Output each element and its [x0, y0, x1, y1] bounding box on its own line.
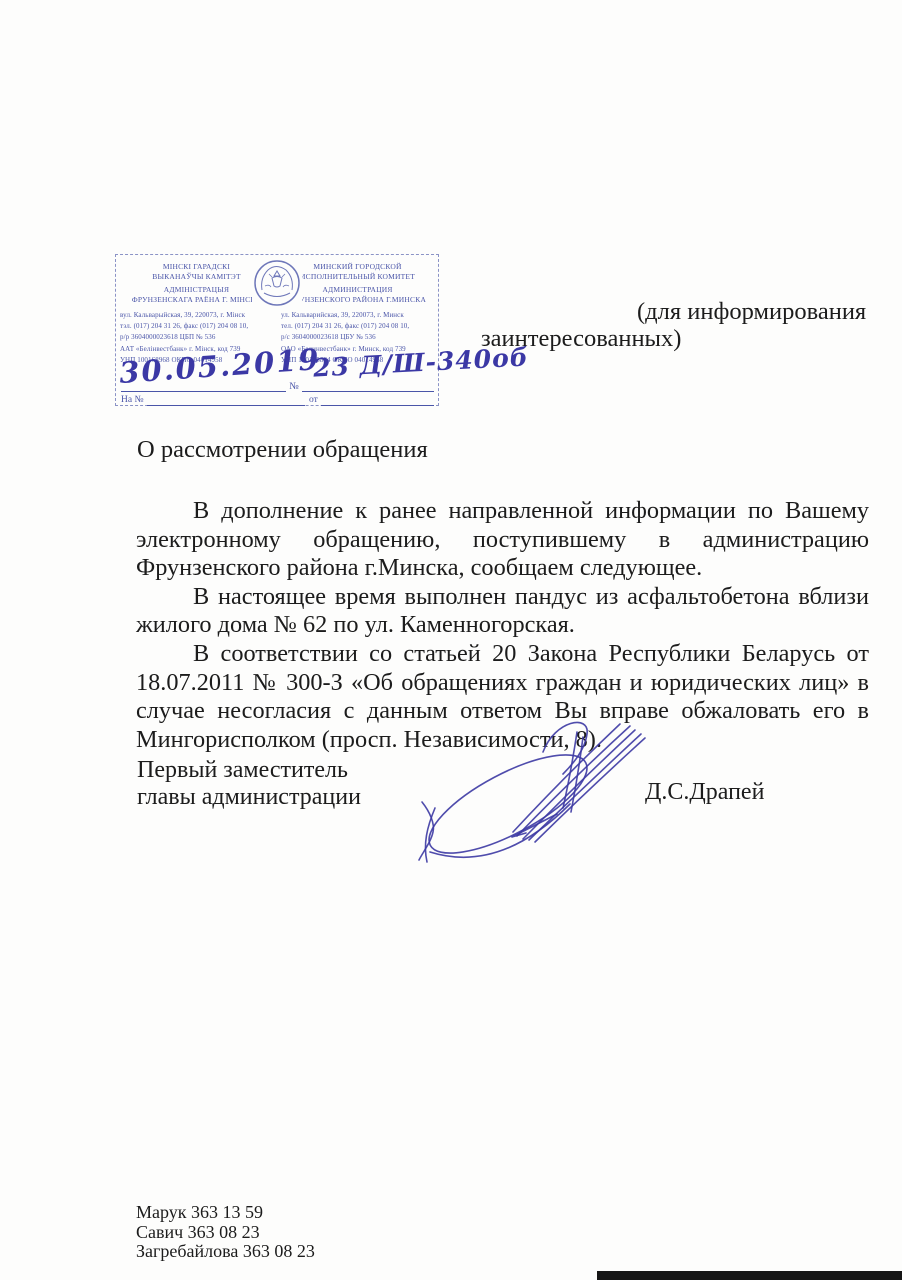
stamp-right-details: ул. Кальварийская, 39, 220073, г. Минск … — [277, 310, 438, 366]
date-line — [121, 381, 286, 392]
letterhead-stamp: МІНСКІ ГАРАДСКІ ВЫКАНАЎЧЫ КАМІТЭТ АДМІНІ… — [115, 254, 439, 406]
reply-reference-line: На № от — [121, 394, 434, 406]
signature-title-line: Первый заместитель — [137, 757, 361, 784]
distribution-note-line: заинтересованных) — [481, 326, 881, 353]
scan-artifact-bar — [597, 1271, 902, 1280]
reply-from-line — [321, 395, 434, 406]
stamp-detail-line: вул. Кальварыйская, 39, 220073, г. Мінск — [116, 310, 277, 321]
reply-ref-line — [147, 395, 305, 406]
stamp-detail-line: ААТ «Белінвестбанк» г. Мінск, код 739 — [116, 344, 277, 355]
stamp-detail-line: ОАО «Белинвестбанк» г. Минск, код 739 — [277, 344, 438, 355]
stamp-detail-line: тел. (017) 204 31 26, факс (017) 204 08 … — [277, 321, 438, 332]
signature-scribble — [405, 712, 670, 872]
stamp-detail-line: р/р 3604000023618 ЦБП № 536 — [116, 332, 277, 343]
reply-ref-label: На № — [121, 395, 144, 406]
executor-contact-line: Марук 363 13 59 — [136, 1203, 315, 1223]
stamp-detail-line: тэл. (017) 204 31 26, факс (017) 204 08 … — [116, 321, 277, 332]
stamp-detail-line: ул. Кальварийская, 39, 220073, г. Минск — [277, 310, 438, 321]
signee-name: Д.С.Драпей — [645, 779, 764, 806]
coat-of-arms-icon — [252, 258, 302, 308]
signature-title-line: главы администрации — [137, 784, 361, 811]
number-label: № — [289, 381, 299, 392]
number-line — [302, 381, 434, 392]
signature-title: Первый заместитель главы администрации — [137, 757, 361, 810]
stamp-left-details: вул. Кальварыйская, 39, 220073, г. Мінск… — [116, 310, 277, 366]
reply-from-label: от — [309, 395, 318, 406]
stamp-detail-line: УНП 100165864 ОКПО 04014958 — [277, 355, 438, 366]
body-paragraph: В настоящее время выполнен пандус из асф… — [136, 583, 869, 640]
body-paragraph: В дополнение к ранее направленной информ… — [136, 497, 869, 583]
stamp-detail-line: р/с 3604000023618 ЦБУ № 536 — [277, 332, 438, 343]
letter-page: МІНСКІ ГАРАДСКІ ВЫКАНАЎЧЫ КАМІТЭТ АДМІНІ… — [0, 0, 902, 1280]
distribution-note: (для информирования заинтересованных) — [481, 299, 881, 352]
executor-contact-line: Загребайлова 363 08 23 — [136, 1242, 315, 1262]
distribution-note-line: (для информирования — [637, 299, 881, 326]
executor-contacts: Марук 363 13 59 Савич 363 08 23 Загребай… — [136, 1203, 315, 1262]
stamp-detail-line: УНП 100168968 ОКПО 04014958 — [116, 355, 277, 366]
date-number-line: № — [121, 380, 434, 392]
executor-contact-line: Савич 363 08 23 — [136, 1223, 315, 1243]
subject-line: О рассмотрении обращения — [137, 436, 428, 464]
